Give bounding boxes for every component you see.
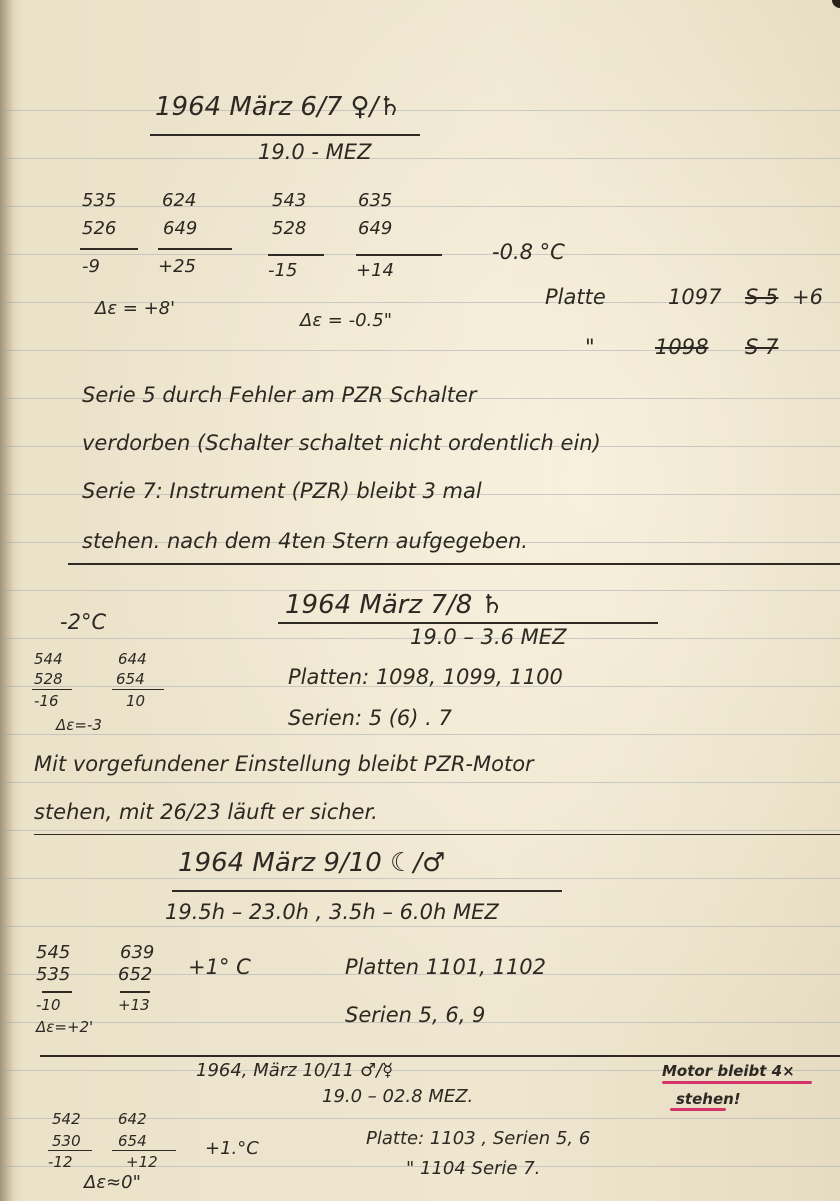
entry-2-time: 19.0 – 3.6 MEZ [410,625,566,649]
reading-diff: 10 [126,692,145,710]
delta-epsilon: Δε=+2' [36,1018,93,1036]
sum-line [32,689,72,690]
note-line: stehen, mit 26/23 läuft er sicher. [34,800,378,824]
plates-line: Platte: 1103 , Serien 5, 6 [366,1128,590,1149]
reading-bottom: 649 [163,218,197,239]
reading-top: 644 [118,650,147,668]
reading-top: 544 [34,650,63,668]
reading-diff: -15 [268,260,297,281]
reading-diff: -12 [48,1153,73,1171]
reading-bottom: 535 [36,964,70,985]
plate-series: +6 [792,285,823,309]
note-line: Mit vorgefundener Einstellung bleibt PZR… [34,752,534,776]
reading-bottom: 528 [272,218,306,239]
sum-line [158,248,232,250]
highlight-underline [662,1081,812,1084]
plate-number-struck: 1098 [655,335,708,359]
delta-epsilon: Δε=-3 [56,716,102,734]
reading-bottom: 654 [118,1132,147,1150]
page-corner [832,0,840,8]
page-binding-shadow [0,0,14,1201]
margin-note: Motor bleibt 4× [662,1062,795,1080]
temperature: +1.°C [205,1138,259,1159]
reading-bottom: 526 [82,218,116,239]
reading-bottom: 649 [358,218,392,239]
reading-diff: +13 [118,996,150,1014]
sum-line [120,991,150,993]
plates-line: Platten 1101, 1102 [345,955,546,979]
ruled-line [0,158,840,159]
reading-diff: -10 [36,996,61,1014]
reading-top: 642 [118,1110,147,1128]
reading-bottom: 528 [34,670,63,688]
reading-top: 635 [358,190,392,211]
entry-1-heading: 1964 März 6/7 ♀/♄ [155,92,402,122]
reading-bottom: 654 [116,670,145,688]
reading-top: 542 [52,1110,81,1128]
note-line: stehen. nach dem 4ten Stern aufgegeben. [82,529,528,553]
plates-line: " 1104 Serie 7. [406,1158,540,1179]
sum-line [80,248,138,250]
sum-line [42,991,72,993]
reading-diff: +25 [158,256,196,277]
delta-epsilon: Δε = -0.5" [300,310,392,331]
reading-bottom: 652 [118,964,152,985]
notebook-page: 1964 März 6/7 ♀/♄ 19.0 - MEZ 535 526 -9 … [0,0,840,1201]
plates-line: Platten: 1098, 1099, 1100 [288,665,563,689]
entry-separator [34,834,840,835]
ruled-line [0,110,840,111]
entry-separator [68,563,840,565]
plate-series-struck: S 7 [745,335,778,359]
temperature: -2°C [60,610,106,634]
ruled-line [0,830,840,831]
reading-diff: -16 [34,692,59,710]
reading-top: 543 [272,190,306,211]
temperature: -0.8 °C [492,240,565,264]
plate-series-struck: S 5 [745,285,778,309]
delta-epsilon: Δε≈0" [84,1172,141,1193]
delta-epsilon: Δε = +8' [95,298,175,319]
ruled-line [0,350,840,351]
entry-separator [40,1055,840,1057]
reading-top: 639 [120,942,154,963]
ruled-line [0,878,840,879]
note-line: Serie 7: Instrument (PZR) bleibt 3 mal [82,479,482,503]
entry-4-time: 19.0 – 02.8 MEZ. [322,1086,473,1107]
sum-line [48,1150,92,1151]
sum-line [112,689,164,690]
entry-3-time: 19.5h – 23.0h , 3.5h – 6.0h MEZ [165,900,499,924]
series-line: Serien 5, 6, 9 [345,1003,485,1027]
ruled-line [0,782,840,783]
plate-label: Platte [545,285,606,309]
ruled-line [0,734,840,735]
ruled-line [0,926,840,927]
entry-2-heading: 1964 März 7/8 ♄ [285,590,504,620]
entry-1-time: 19.0 - MEZ [258,140,371,164]
series-line: Serien: 5 (6) . 7 [288,706,452,730]
sum-line [356,254,442,256]
reading-diff: +14 [356,260,394,281]
note-line: Serie 5 durch Fehler am PZR Schalter [82,383,477,407]
reading-bottom: 530 [52,1132,81,1150]
entry-3-heading: 1964 März 9/10 ☾/♂ [178,848,445,878]
note-line: verdorben (Schalter schaltet nicht orden… [82,431,601,455]
margin-note: stehen! [676,1090,741,1108]
highlight-underline [670,1108,726,1111]
entry-4-heading: 1964, März 10/11 ♂/☿ [196,1060,393,1081]
heading-underline [172,890,562,892]
reading-diff: -9 [82,256,100,277]
sum-line [268,254,324,256]
reading-top: 624 [162,190,196,211]
reading-top: 535 [82,190,116,211]
reading-diff: +12 [126,1153,158,1171]
reading-top: 545 [36,942,70,963]
plate-number: 1097 [668,285,721,309]
temperature: +1° C [188,955,251,979]
ditto-mark: " [585,335,595,359]
heading-underline [150,134,420,136]
heading-underline [278,622,658,624]
sum-line [112,1150,176,1151]
ruled-line [0,206,840,207]
